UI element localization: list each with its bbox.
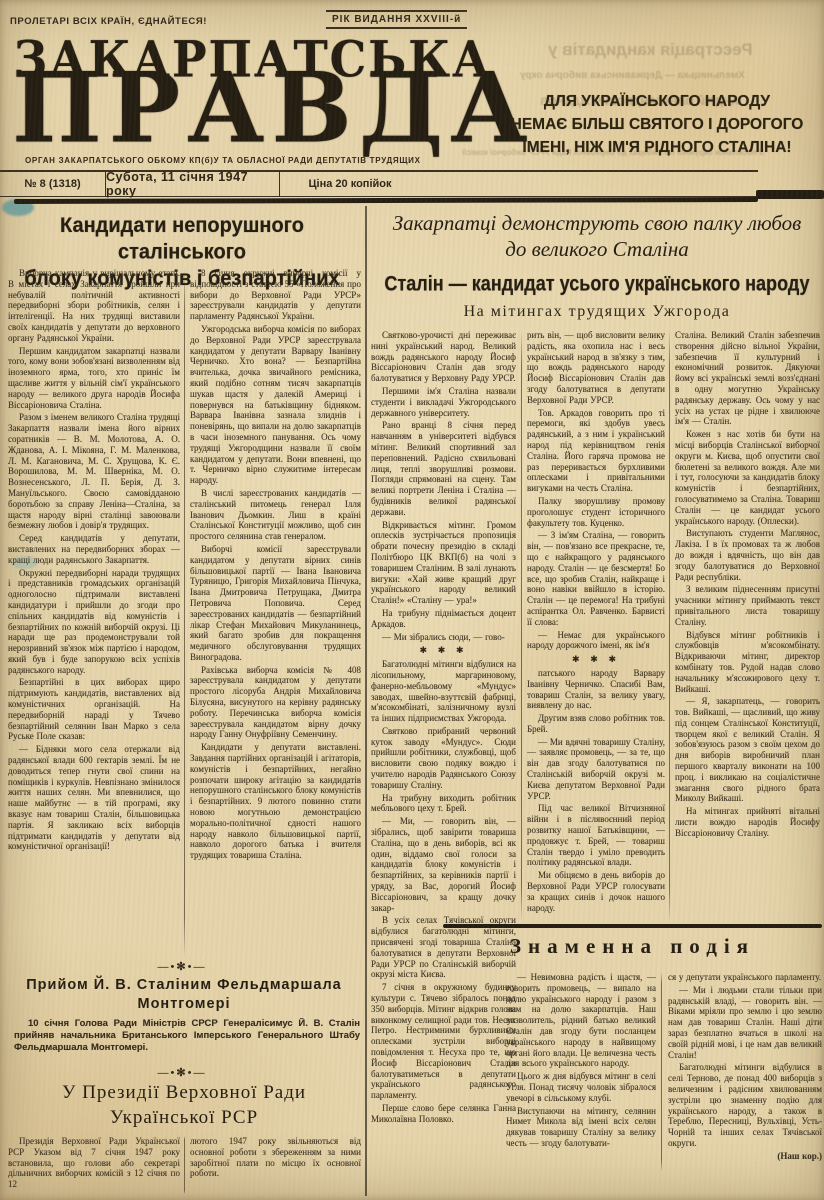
center-page-rule [365, 206, 367, 1196]
column-rule [669, 330, 670, 922]
znamenna-headline: Знаменна подія [443, 934, 822, 959]
paragraph: лютого 1947 року звільняються від основн… [190, 1136, 361, 1179]
paragraph: Святково прибраний червоний куток заводу… [371, 726, 516, 791]
paragraph: — Немає для українського народу дорожчог… [527, 630, 665, 652]
montgomery-body: 10 січня Голова Ради Міністрів СРСР Гене… [14, 1018, 360, 1066]
section-ornament: —•✻•— [0, 1066, 364, 1079]
column-rule [661, 972, 662, 1172]
paragraph: — Ми, — говорить він, — зібрались, щоб з… [371, 816, 516, 913]
paragraph: На трибуну виходить робітник мебльового … [371, 793, 516, 815]
stalin-slogan-block: ДЛЯ УКРАЇНСЬКОГО НАРОДУ НЕМАЄ БІЛЬШ СВЯТ… [492, 90, 822, 159]
right-kicker-headline: Закарпатці демонструють свою палку любов… [372, 210, 822, 262]
proletarians-slogan: ПРОЛЕТАРІ ВСІХ КРАЇН, ЄДНАЙТЕСЯ! [10, 16, 207, 27]
paragraph: Багатолюдні мітинги відбулися на лісопил… [371, 659, 516, 724]
paragraph: патського народу Варвару Іванівну Чернич… [527, 668, 665, 711]
paragraph: — З ім'ям Сталіна, — говорить він, — пов… [527, 530, 665, 627]
slogan-line: НЕМАЄ БІЛЬШ СВЯТОГО І ДОРОГОГО [492, 113, 822, 136]
paragraph: Окружні передвиборні наради трудящих і п… [8, 568, 180, 676]
right-column-c: Сталіна. Великий Сталін забезпечив створ… [675, 330, 820, 920]
paragraph: Під час великої Вітчизняної війни і в пі… [527, 803, 665, 868]
znamenna-column-b: — Невимовна радість і щастя, — говорить … [506, 972, 656, 1182]
paragraph: 10 січня Голова Ради Міністрів СРСР Гене… [14, 1018, 360, 1054]
paragraph: — Невимовна радість і щастя, — говорить … [506, 972, 656, 1069]
paragraph: Рано вранці 8 січня перед навчанням в ун… [371, 420, 516, 517]
rule-under-dateline [14, 197, 758, 204]
paragraph: 7 січня в окружному будинку культури с. … [371, 982, 516, 1101]
headline-line: до великого Сталіна [372, 236, 822, 262]
headline-line: У Президії Верховної Ради [8, 1080, 360, 1105]
paragraph: Президія Верховної Ради Української РСР … [8, 1136, 180, 1190]
paragraph: Відбувся мітинг робітників і службовців … [675, 630, 820, 695]
rule-above-znamenna [443, 924, 822, 928]
paragraph: В числі зареєстрованих кандидатів — стал… [190, 488, 361, 542]
presidium-column-1: Президія Верховної Ради Української РСР … [8, 1136, 180, 1196]
paragraph: Цього ж дня відбувся мітинг в селі Угля.… [506, 1071, 656, 1103]
bleedthrough-text: Хмельницька — Державинська виборча окру [520, 70, 745, 81]
right-subhead: На мітингах трудящих Ужгорода [372, 303, 822, 321]
paragraph: Виступаючи на мітингу, селянин Нимет Мик… [506, 1106, 656, 1149]
paragraph: На мітингах прийняті вітальні листи вожд… [675, 806, 820, 838]
paragraph: Серед кандидатів у депутати, виставлених… [8, 533, 180, 565]
paragraph: ✱ ✱ ✱ [527, 654, 665, 665]
left-article-column-2: 8 січня окружні виборчі комісії у відпов… [190, 268, 361, 958]
slogan-line: ІМЕНІ, НІЖ ІМ'Я РІДНОГО СТАЛІНА! [492, 136, 822, 159]
paragraph: Рахівська виборча комісія № 408 зареєстр… [190, 665, 361, 741]
paragraph: рить він, — щоб висловити велику радість… [527, 330, 665, 406]
rule-top-right [756, 190, 824, 199]
edition-year-box: РІК ВИДАННЯ XXVIII-й [326, 10, 467, 29]
paragraph: — Я, закарпатець, — говорить тов. Вийкаш… [675, 696, 820, 804]
presidium-headline: У Президії Верховної Ради Української РС… [8, 1080, 360, 1130]
column-rule [184, 1136, 185, 1194]
paragraph: З великим піднесенням присутні учасники … [675, 584, 820, 627]
headline-line: Української РСР [8, 1105, 360, 1130]
masthead-line2: ПРАВДА [12, 66, 535, 151]
paragraph: Відкривається мітинг. Громом оплесків зу… [371, 520, 516, 606]
paragraph: Кандидати у депутати виставлені. Завданн… [190, 742, 361, 861]
headline-line: Кандидати непорушного сталінського [4, 213, 360, 266]
paragraph: ✱ ✱ ✱ [371, 645, 516, 656]
paragraph: Другим взяв слово робітник тов. Брей. [527, 713, 665, 735]
headline-line: Монтгомері [8, 995, 360, 1014]
headline-line: Прийом Й. В. Сталіним Фельдмаршала [8, 976, 360, 995]
paragraph: — Ми і людьми стали тільки при радянські… [668, 985, 822, 1061]
bleedthrough-text: Реєстрація кандидатів у [548, 40, 753, 60]
paragraph: Першими ім'я Сталіна назвали студенти і … [371, 386, 516, 418]
presidium-column-2: лютого 1947 року звільняються від основн… [190, 1136, 361, 1196]
paragraph: Виборчі комісії зареєстрували кандидатом… [190, 544, 361, 663]
paragraph: Кожен з нас хотів би бути на місці вибор… [675, 429, 820, 526]
paragraph: — Ми зібрались сюди, — гово- [371, 632, 516, 643]
left-article-column-1: Виборча кампанія у вирішальному етапі. В… [8, 268, 180, 964]
column-rule [521, 330, 522, 922]
paragraph: Виступають студенти Маглянос, Лакіза. І … [675, 528, 820, 582]
paragraph: Ми обіцяємо в день виборів до Верховної … [527, 870, 665, 913]
paragraph: Виборча кампанія у вирішальному етапі. В… [8, 268, 180, 344]
issue-price: Ціна 20 копійок [280, 172, 420, 196]
paragraph: Тов. Аркадов говорить про ті перемоги, я… [527, 408, 665, 494]
slogan-line: ДЛЯ УКРАЇНСЬКОГО НАРОДУ [492, 90, 822, 113]
newspaper-page: Реєстрація кандидатів уХмельницька — Дер… [0, 0, 824, 1200]
znamenna-column-c: ся у депутати українського парламенту.— … [668, 972, 822, 1187]
organ-line: ОРГАН ЗАКАРПАТСЬКОГО ОБКОМУ КП(б)У ТА ОБ… [25, 156, 421, 165]
headline-line: Закарпатці демонструють свою палку любов [372, 210, 822, 236]
paragraph: Палку зворушливу промову проголошує студ… [527, 496, 665, 528]
column-rule [184, 268, 185, 958]
paragraph: Ужгородська виборча комісія по виборах д… [190, 324, 361, 486]
paragraph: Безпартійні в цих виборах щиро підтримую… [8, 677, 180, 742]
paragraph: — Ми вдячні товаришу Сталіну, — заявляє … [527, 737, 665, 802]
paragraph: На трибуну піднімається доцент Аркадов. [371, 608, 516, 630]
paragraph: (Наш кор.) [668, 1151, 822, 1162]
right-column-a: Святково-урочисті дні переживає нині укр… [371, 330, 516, 1172]
paragraph: Першим кандидатом закарпатці назвали тог… [8, 346, 180, 411]
issue-date: Субота, 11 січня 1947 року [106, 172, 280, 196]
paragraph: — Бідняки мого села отержали від радянсь… [8, 744, 180, 852]
right-column-b: рить він, — щоб висловити велику радість… [527, 330, 665, 920]
paragraph: Святково-урочисті дні переживає нині укр… [371, 330, 516, 384]
paragraph: 8 січня окружні виборчі комісії у відпов… [190, 268, 361, 322]
paragraph: Сталіна. Великий Сталін забезпечив створ… [675, 330, 820, 427]
paragraph: ся у депутати українського парламенту. [668, 972, 822, 983]
paragraph: Багатолюдні мітинги відбулися в селі Тер… [668, 1062, 822, 1148]
issue-number: № 8 (1318) [0, 172, 106, 196]
paragraph: Разом з іменем великого Сталіна трудящі … [8, 412, 180, 531]
montgomery-headline: Прийом Й. В. Сталіним Фельдмаршала Монтг… [8, 976, 360, 1014]
paragraph: Перше слово бере селянка Ганна Миколаївн… [371, 1103, 516, 1125]
date-row: № 8 (1318) Субота, 11 січня 1947 року Ці… [0, 170, 758, 197]
section-ornament: —•✻•— [0, 960, 364, 973]
right-main-headline: Сталін — кандидат усього українського на… [383, 273, 811, 297]
